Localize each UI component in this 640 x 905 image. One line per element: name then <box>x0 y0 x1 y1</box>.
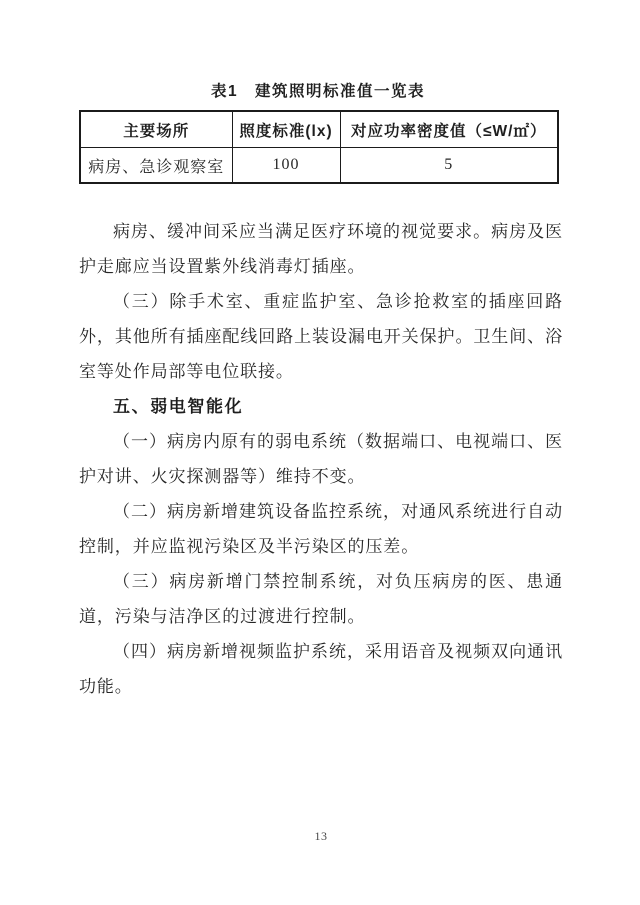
section-heading-weak-current: 五、弱电智能化 <box>79 389 563 424</box>
paragraph-item-2: （二）病房新增建筑设备监控系统，对通风系统进行自动控制，并应监视污染区及半污染区… <box>79 494 563 564</box>
paragraph-socket-circuits: （三）除手术室、重症监护室、急诊抢救室的插座回路外，其他所有插座配线回路上装设漏… <box>79 284 563 389</box>
page-number: 13 <box>79 829 563 844</box>
paragraph-wards-lighting: 病房、缓冲间采应当满足医疗环境的视觉要求。病房及医护走廊应当设置紫外线消毒灯插座… <box>79 214 563 284</box>
cell-place: 病房、急诊观察室 <box>80 148 232 184</box>
paragraph-item-1: （一）病房内原有的弱电系统（数据端口、电视端口、医护对讲、火灾探测器等）维持不变… <box>79 424 563 494</box>
header-power-density: 对应功率密度值（≤W/㎡） <box>340 111 558 148</box>
cell-lux-value: 100 <box>232 148 340 184</box>
document-page: 表1 建筑照明标准值一览表 主要场所 照度标准(lx) 对应功率密度值（≤W/㎡… <box>0 0 640 905</box>
cell-power-value: 5 <box>340 148 558 184</box>
table-header-row: 主要场所 照度标准(lx) 对应功率密度值（≤W/㎡） <box>80 111 558 148</box>
paragraph-item-3: （三）病房新增门禁控制系统，对负压病房的医、患通道，污染与洁净区的过渡进行控制。 <box>79 564 563 634</box>
paragraph-item-4: （四）病房新增视频监护系统，采用语音及视频双向通讯功能。 <box>79 634 563 704</box>
body-text: 病房、缓冲间采应当满足医疗环境的视觉要求。病房及医护走廊应当设置紫外线消毒灯插座… <box>79 214 563 704</box>
lighting-standards-table: 主要场所 照度标准(lx) 对应功率密度值（≤W/㎡） 病房、急诊观察室 100… <box>79 110 559 184</box>
header-illuminance-standard: 照度标准(lx) <box>232 111 340 148</box>
header-main-place: 主要场所 <box>80 111 232 148</box>
table-caption: 表1 建筑照明标准值一览表 <box>79 0 557 101</box>
table-row: 病房、急诊观察室 100 5 <box>80 148 558 184</box>
